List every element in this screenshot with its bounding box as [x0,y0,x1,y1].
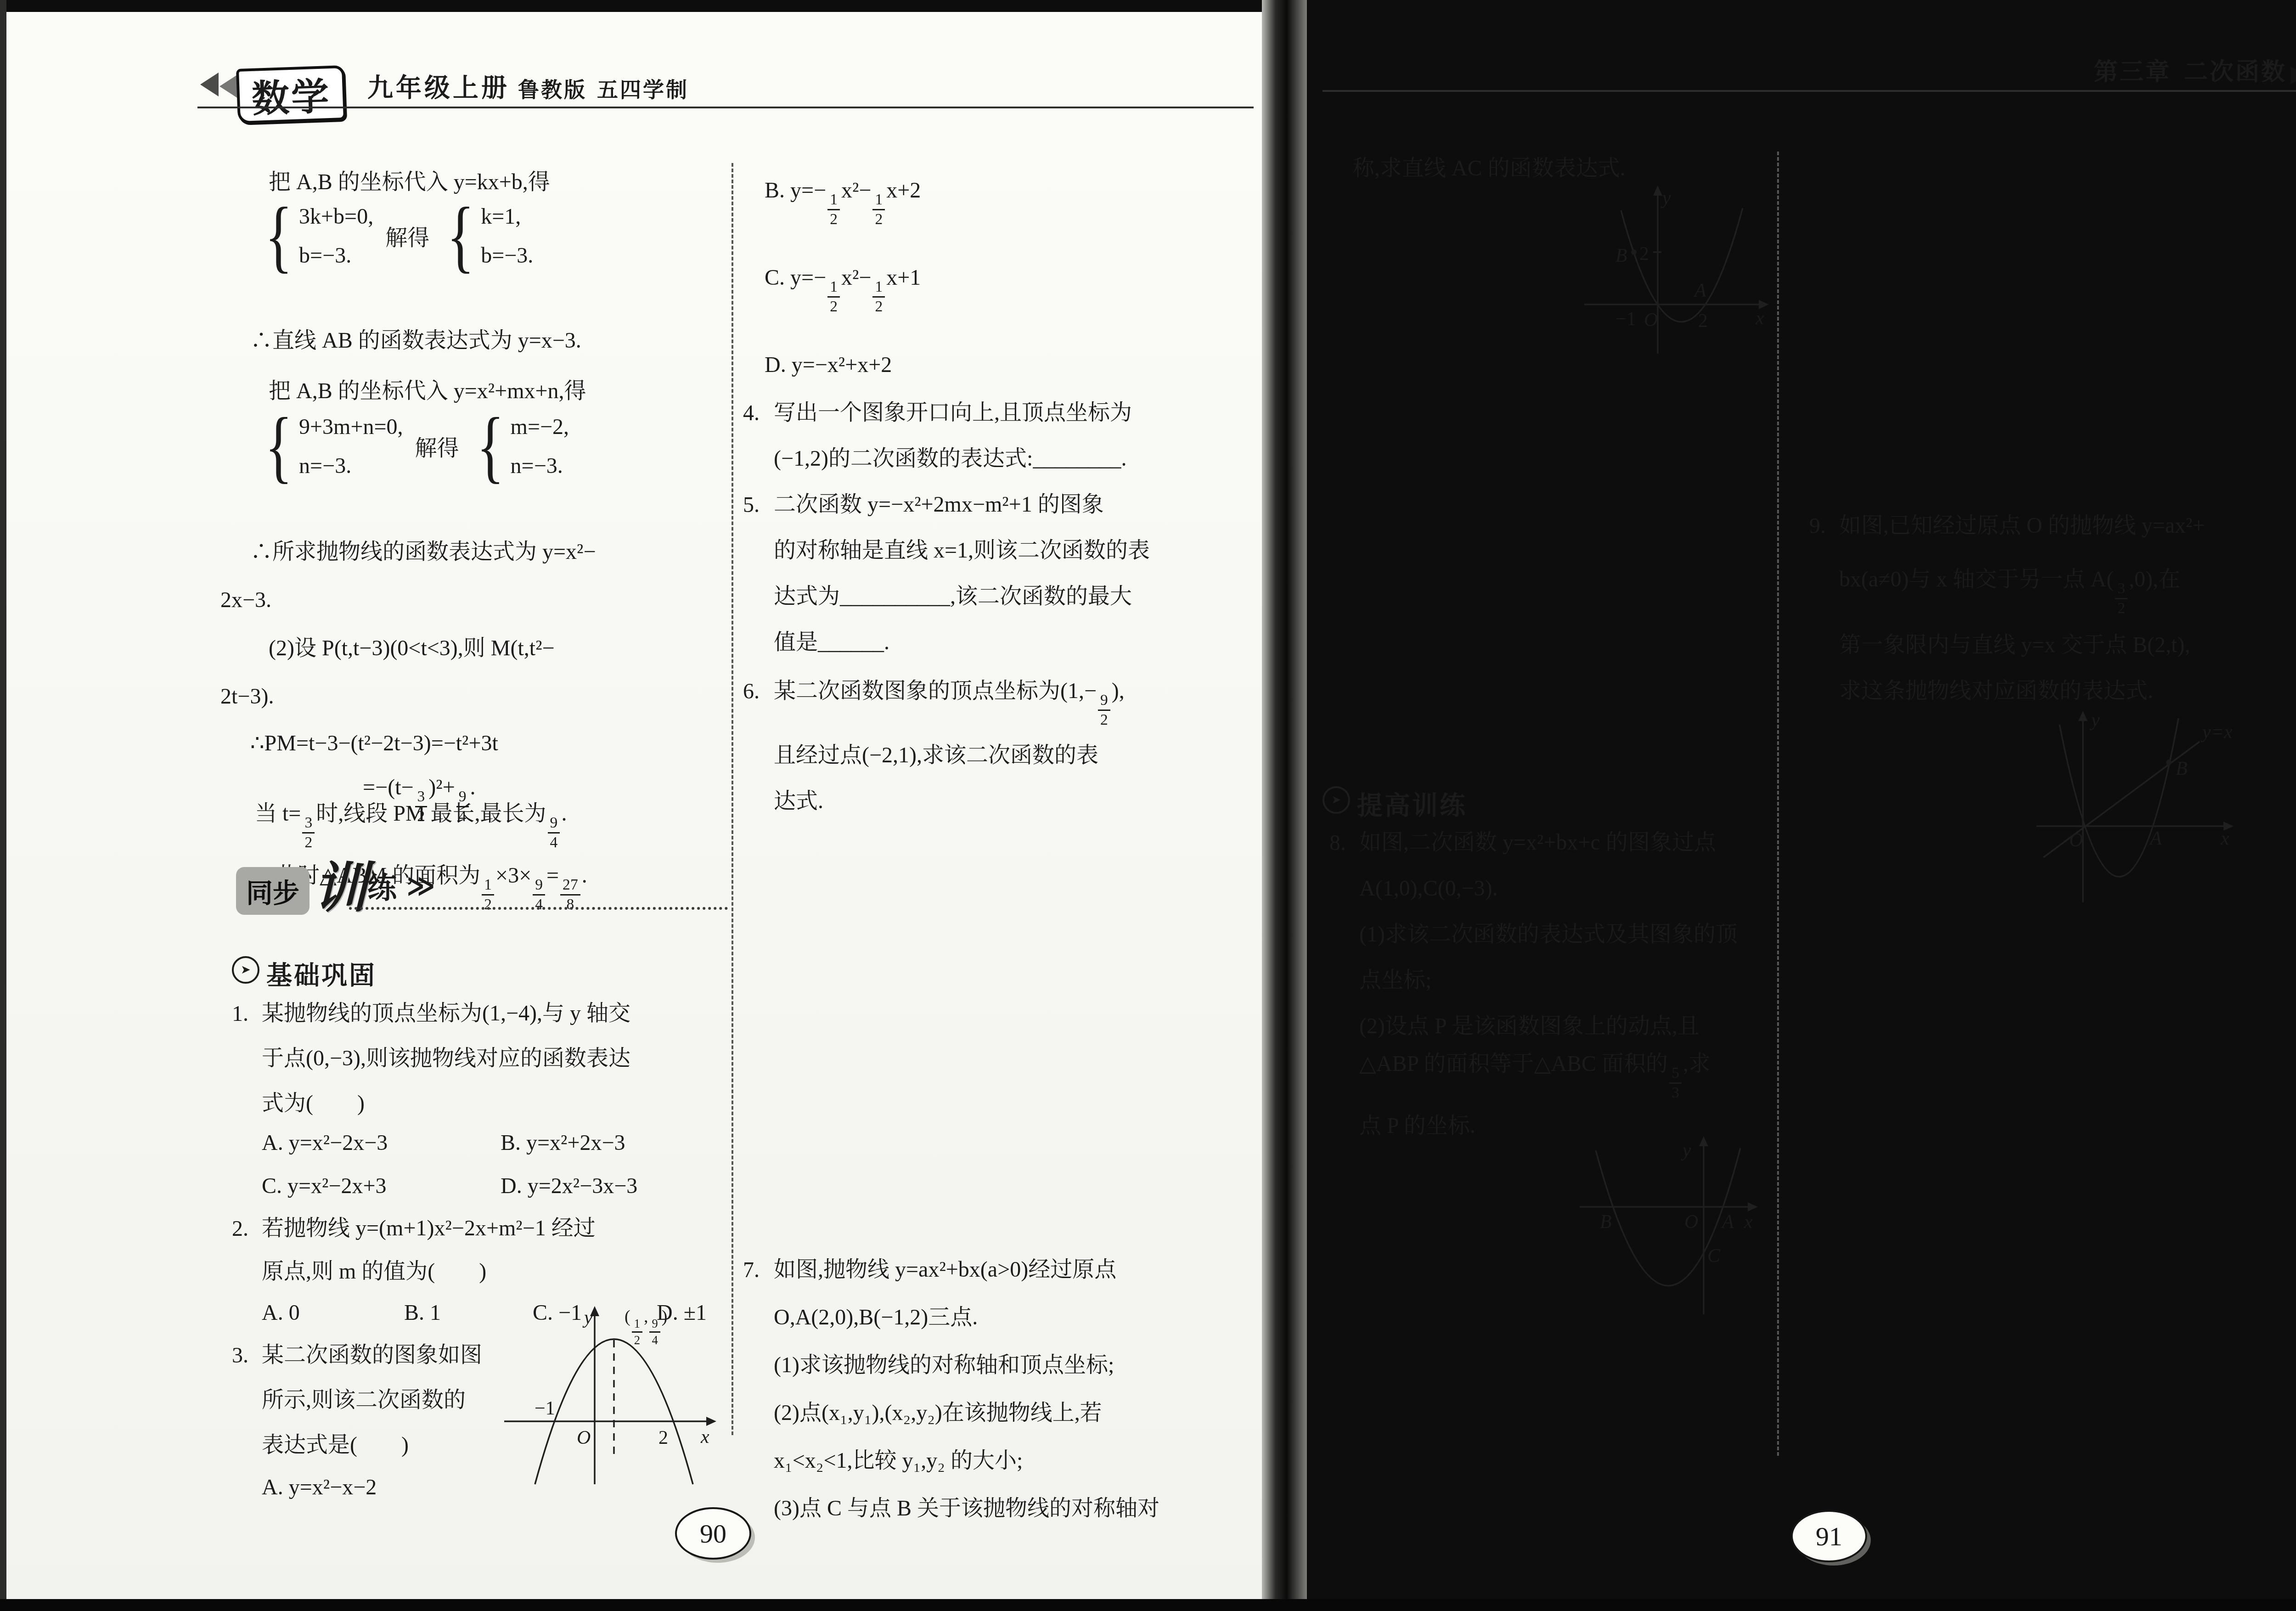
q2-option-b: B. 1 [404,1301,441,1325]
column-divider-left-page [732,163,733,1435]
solution-line: ∴所求抛物线的函数表达式为 y=x²− [250,540,596,564]
header-grade: 九年级上册 [367,73,510,102]
q8-line: 点 P 的坐标. [1359,1114,1475,1138]
q7-line: (1)求该抛物线的对称轴和顶点坐标; [774,1353,1114,1378]
q9-parabola-line-figure: y x y=x B O A [2030,710,2245,907]
q8-origin-label: O [1684,1211,1698,1233]
q4-line: 写出一个图象开口向上,且顶点坐标为 [774,400,1132,425]
q9-line-label: y=x [2200,721,2233,743]
q1-option-d: D. y=2x²−3x−3 [501,1174,637,1199]
q9-line: 求这条抛物线对应函数的表达式. [1839,679,2153,704]
scan-edge [0,0,6,1611]
q4-number: 4. [743,400,760,426]
q1-number: 1. [232,1001,248,1026]
q1-line: 于点(0,−3),则该抛物线对应的函数表达 [262,1046,630,1071]
brace: { [447,203,474,269]
q9-origin-label: O [2069,830,2083,851]
header-right-arrows-icon: ▶▶ [2290,61,2296,86]
q3-xtick-2: 2 [658,1427,668,1448]
q3-line: 表达式是( ) [262,1433,409,1458]
q5-line: 的对称轴是直线 x=1,则该二次函数的表 [774,538,1150,563]
q2-option-a: A. 0 [262,1301,300,1325]
q1-option-c: C. y=x²−2x+3 [262,1174,387,1199]
section-title-basic: 基础巩固 [266,955,377,992]
solution-line: 2x−3. [220,588,271,613]
scan-edge [0,1599,2296,1611]
q3-option-a: A. y=x²−x−2 [262,1475,377,1500]
page-number: 91 [1816,1521,1842,1552]
page-number-badge: 90 [675,1507,751,1560]
solve-label: 解得 [385,220,429,252]
q7-point-b-label: B [1615,245,1627,266]
equation: b=−3. [481,243,533,268]
header-edition: 鲁教版 [518,78,587,102]
solution-line: ∴直线 AB 的函数表达式为 y=x−3. [250,328,581,353]
q9-point-b-label: B [2176,758,2188,779]
q7-line: x₁<x₂<1,比较 y₁,y₂ 的大小; [774,1448,1023,1473]
equation: b=−3. [299,243,373,268]
equation: 9+3m+n=0, [299,414,403,439]
banner-lian: 练 [367,872,397,905]
q5-line: 值是______. [774,630,889,655]
banner-tongbu: 同步 [236,867,310,915]
q4-line: (−1,2)的二次函数的表达式:________. [774,446,1126,471]
header-chapter: 第三章 [2094,59,2171,85]
banner-dotted-rule [349,907,728,910]
solution-line: 把 A,B 的坐标代入 y=kx+b,得 [269,170,550,195]
q6-line: 某二次函数图象的顶点坐标为(1,−92), [774,679,1125,727]
section-arrow-icon: ➤ [1322,786,1350,814]
equation: 3k+b=0, [299,204,373,229]
q2-number: 2. [232,1216,248,1241]
q3-line: 某二次函数的图象如图 [262,1343,482,1368]
header-left-arrow-icon [219,74,238,98]
q3-number: 3. [232,1343,248,1368]
q7-axis-label-x: x [1755,308,1764,329]
q9-line: 第一象限内与直线 y=x 交于点 B(2,t), [1839,633,2190,658]
q9-line: 如图,已知经过原点 O 的抛物线 y=ax²+ [1839,513,2205,538]
q1-option-b: B. y=x²+2x−3 [501,1131,625,1155]
q3-axis-label-y: y [582,1307,593,1328]
q7-axis-label-y: y [1660,187,1671,208]
q7-parabola-figure: y x B 2 −1 O 2 A [1575,183,1777,357]
q5-number: 5. [743,492,760,518]
q7-xtick-2: 2 [1698,310,1708,332]
equation: n=−3. [511,453,569,479]
q8-point-c-label: C [1707,1245,1721,1267]
page-number-badge: 91 [1791,1510,1867,1562]
q8-point-b-label: B [1600,1211,1612,1233]
q1-option-a: A. y=x²−2x−3 [262,1131,388,1155]
q8-axis-label-x: x [1744,1211,1753,1233]
q9-line: bx(a≠0)与 x 轴交于另一点 A(32,0),在 [1839,567,2180,616]
solution-line: 把 A,B 的坐标代入 y=x²+mx+n,得 [269,379,586,404]
q3-xtick-neg1: −1 [535,1398,555,1419]
header-left-arrow-icon [200,73,219,96]
q7-point-a-label: A [1693,280,1706,301]
q2-line: 原点,则 m 的值为( ) [262,1259,486,1284]
q7-line: (2)点(x₁,y₁),(x₂,y₂)在该抛物线上,若 [774,1401,1102,1425]
subject-logo-text: 数学 [251,67,332,123]
q3-vertex-label: (12,94) [625,1307,667,1346]
q6-line: 且经过点(−2,1),求该二次函数的表 [774,743,1098,768]
q8-line: △ABP 的面积等于△ABC 面积的53,求 [1359,1052,1711,1100]
section-arrow-icon: ➤ [232,956,259,984]
q3-line: 所示,则该二次函数的 [262,1388,466,1413]
solve-label: 解得 [415,430,459,462]
q3-option-b: B. y=−12x²−12x+2 [765,178,921,227]
q6-number: 6. [743,679,760,704]
q7-number: 7. [743,1257,760,1283]
solution-line: 2t−3). [220,684,274,709]
brace: { [265,203,293,269]
page-number: 90 [700,1518,726,1549]
q9-axis-label-x: x [2220,828,2229,849]
q3-parabola-figure: y x O −1 2 [496,1304,721,1488]
column-divider-right-page [1777,152,1779,1456]
q7-line: (3)点 C 与点 B 关于该抛物线的对称轴对 [774,1496,1159,1521]
q1-line: 某抛物线的顶点坐标为(1,−4),与 y 轴交 [262,1001,630,1026]
header-rule-right [1322,90,2296,92]
banner-xun: 训 [313,844,367,922]
header-chapter-title: 二次函数 [2184,59,2287,85]
solution-line: 当 t=32时,线段 PM 最长,最长为94. [255,801,567,850]
q8-parabola-figure: y x B O A C [1570,1134,1763,1327]
q8-line: (1)求该二次函数的表达式及其图象的顶 [1359,922,1738,947]
workbook-scan: 数学 九年级上册 鲁教版 五四学制 把 A,B 的坐标代入 y=kx+b,得 {… [0,0,2296,1611]
q3-axis-label-x: x [700,1426,709,1448]
q5-line: 二次函数 y=−x²+2mx−m²+1 的图象 [774,492,1104,517]
q6-line: 达式. [774,789,823,814]
q9-point-a-label: A [2149,828,2162,849]
q9-axis-label-y: y [2089,710,2100,731]
banner-chevrons-icon: ≫ [406,870,435,901]
q8-line: A(1,0),C(0,−3). [1359,876,1498,901]
q5-line: 达式为__________,该二次函数的最大 [774,584,1132,609]
equation-system: { 9+3m+n=0, n=−3. 解得 { m=−2, n=−3. [259,413,569,479]
q8-line: 点坐标; [1359,968,1431,993]
equation-system: { 3k+b=0, b=−3. 解得 { k=1, b=−3. [259,203,533,269]
subject-logo: 数学 [236,65,346,124]
equation: k=1, [481,204,533,229]
q7-ytick-2: 2 [1639,243,1649,265]
q7-origin-label: O [1644,310,1658,331]
q8-line: (2)设点 P 是该函数图象上的动点,且 [1359,1014,1699,1039]
brace: { [265,413,293,479]
section-title-advanced: 提高训练 [1357,785,1467,822]
solution-line: (2)设 P(t,t−3)(0<t<3),则 M(t,t²− [269,636,555,661]
q8-point-a-label: A [1721,1211,1734,1233]
q7-line: O,A(2,0),B(−1,2)三点. [774,1305,978,1330]
brace: { [476,413,504,479]
equation: m=−2, [511,414,569,439]
q3-option-c: C. y=−12x²−12x+1 [765,265,921,314]
equation: n=−3. [299,453,403,479]
q7-line: 如图,抛物线 y=ax²+bx(a>0)经过原点 [774,1257,1116,1282]
header-rule-left [197,107,1254,108]
header-school-system: 五四学制 [597,78,689,102]
book-gutter [1262,0,1307,1611]
q8-line: 如图,二次函数 y=x²+bx+c 的图象过点 [1359,830,1716,855]
q3-origin-label: O [577,1427,591,1448]
q7-continuation-line: 称,求直线 AC 的函数表达式. [1352,156,1626,181]
q9-number: 9. [1809,513,1826,539]
q2-line: 若抛物线 y=(m+1)x²−2x+m²−1 经过 [262,1216,596,1241]
q7-xtick-neg1: −1 [1615,309,1636,330]
q8-number: 8. [1329,830,1346,856]
solution-line: ∴PM=t−3−(t²−2t−3)=−t²+3t [250,731,498,756]
q3-option-d: D. y=−x²+x+2 [765,353,892,377]
q1-line: 式为( ) [262,1091,365,1116]
q8-axis-label-y: y [1681,1140,1691,1161]
